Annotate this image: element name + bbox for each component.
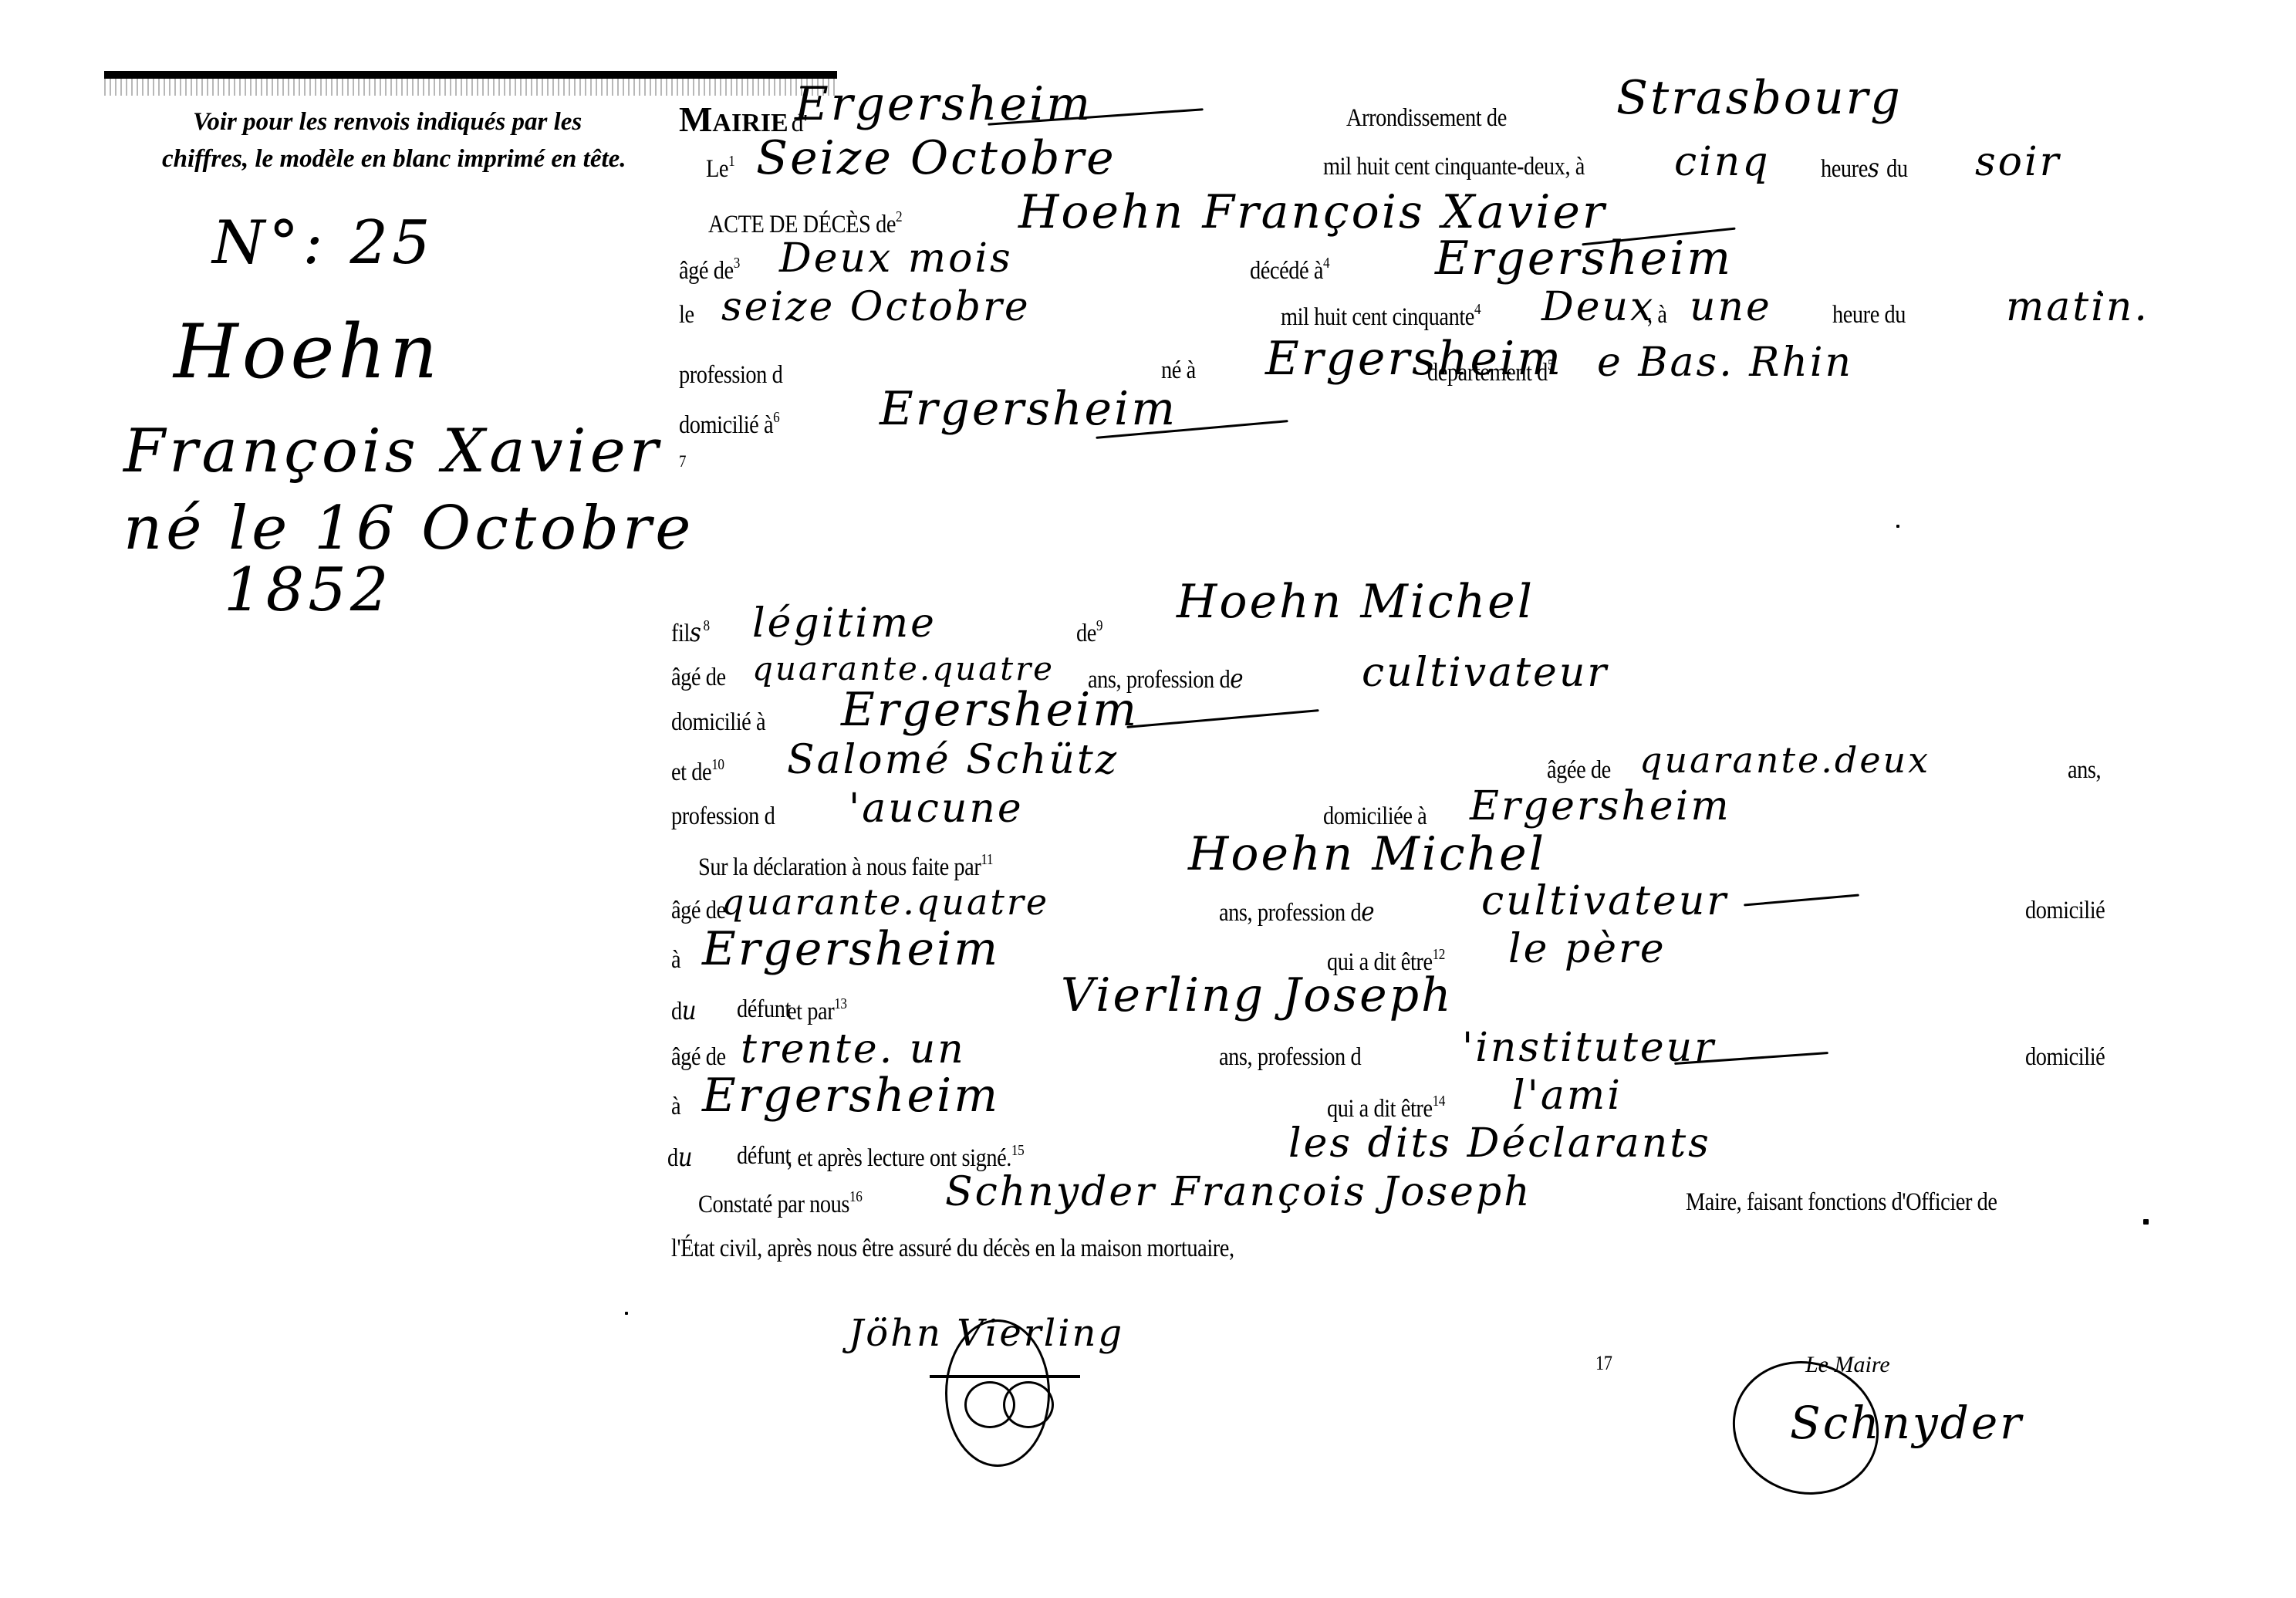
domicile-label: domicilié à6	[679, 409, 779, 440]
maire-fonctions-label: Maire, faisant fonctions d'Officier de	[1686, 1188, 1997, 1217]
line1-le: Le1	[706, 153, 734, 184]
signed-by: les dits Déclarants	[1288, 1120, 1711, 1167]
footnote-7: 7	[679, 451, 686, 471]
witness-relation-label: qui a dit être14	[1327, 1093, 1445, 1123]
mairie-place: Ergersheim	[795, 77, 1092, 131]
mother-ans: ans,	[2068, 756, 2101, 785]
father-domicile: Ergersheim	[841, 683, 1139, 737]
father-domicile-label: domicilié à	[671, 708, 765, 737]
mother-et-de-label: et de10	[671, 756, 724, 787]
constate-label: Constaté par nous16	[698, 1188, 862, 1219]
death-place: Ergersheim	[1435, 231, 1733, 285]
record-hour: cinq	[1674, 139, 1771, 185]
et-par-label: et par13	[787, 995, 847, 1026]
death-year-hand: Deux	[1541, 284, 1655, 330]
record-date: Seize Octobre	[756, 131, 1116, 185]
line1-heure: heures du	[1821, 153, 1908, 184]
scan-speck	[1896, 525, 1899, 528]
defunt-word-2: défunt	[737, 1142, 791, 1171]
line4-heure-du: heure du	[1832, 301, 1906, 329]
mairie-cap: M	[679, 100, 712, 139]
witness-signature-strike	[930, 1375, 1080, 1378]
declarant-a-label: à	[671, 946, 680, 975]
father-de-label: de9	[1076, 617, 1102, 648]
margin-given-names: François Xavier	[123, 417, 662, 486]
declarant-name: Hoehn Michel	[1188, 827, 1546, 881]
mayor-signature: Schnyder	[1790, 1397, 2024, 1449]
fils-label: fils8	[671, 617, 710, 648]
mother-profession: 'aucune	[849, 785, 1024, 832]
scan-edge-bar	[104, 71, 837, 79]
witness-age-label: âgé de	[671, 1043, 726, 1072]
margin-year: 1852	[224, 556, 393, 625]
declarant-profession-label: ans, profession de	[1219, 897, 1376, 927]
declarant-profession: cultivateur	[1481, 878, 1728, 924]
scan-speck	[2100, 293, 2103, 296]
margin-surname: Hoehn	[174, 309, 441, 395]
witness-name: Vierling Joseph	[1061, 968, 1454, 1022]
born-label: né à	[1161, 356, 1196, 385]
acte-label: ACTE DE DÉCÈS de2	[708, 208, 902, 239]
line4-a: , à	[1647, 301, 1667, 329]
declarant-domicile: Ergersheim	[702, 922, 1000, 976]
witness-domicilie-label: domicilié	[2025, 1043, 2105, 1072]
scan-edge-noise	[104, 79, 837, 96]
witness-age: trente. un	[741, 1026, 966, 1073]
declarant-age: quarante.quatre	[721, 881, 1049, 923]
deceased-age: Deux mois	[779, 235, 1013, 282]
witness-relation: l'ami	[1512, 1073, 1622, 1119]
department-value: e Bas. Rhin	[1597, 340, 1853, 386]
father-age: quarante.quatre	[752, 650, 1055, 688]
age-label: âgé de3	[679, 255, 740, 285]
father-age-label: âgé de	[671, 664, 726, 692]
declarant-domicilie-label: domicilié	[2025, 897, 2105, 925]
line4-year-text: mil huit cent cinquante4	[1281, 301, 1481, 332]
death-date: seize Octobre	[721, 284, 1031, 330]
profession-label: profession d	[679, 361, 782, 390]
mother-age: quarante.deux	[1639, 739, 1930, 781]
deceased-at-label: décédé à4	[1250, 255, 1329, 285]
line4-le: le	[679, 301, 694, 329]
record-period: soir	[1975, 139, 2061, 185]
mother-name: Salomé Schütz	[787, 737, 1119, 783]
declarant-age-label: âgé de	[671, 897, 726, 925]
line1-year-text: mil huit cent cinquante-deux, à	[1323, 153, 1585, 181]
witness-a-label: à	[671, 1093, 680, 1121]
etat-civil-label: l'État civil, après nous être assuré du …	[671, 1235, 1234, 1263]
death-hour: une	[1690, 284, 1772, 330]
defunt-label-1: du	[671, 995, 698, 1026]
father-name: Hoehn Michel	[1177, 575, 1535, 629]
record-number: N°: 25	[212, 208, 434, 278]
margin-note-line2: chiffres, le modèle en blanc imprimé en …	[162, 145, 626, 174]
defunt-label-2: du	[667, 1142, 694, 1173]
arrondissement-label: Arrondissement de	[1346, 104, 1507, 133]
footnote-17: 17	[1595, 1352, 1612, 1375]
witness-signature-loop-small	[1003, 1381, 1054, 1428]
department-label: département d5	[1427, 356, 1554, 387]
official-name: Schnyder François Joseph	[945, 1169, 1532, 1215]
death-period: matin.	[2006, 284, 2149, 330]
declaration-label: Sur la déclaration à nous faite par11	[698, 851, 993, 882]
mother-profession-label: profession d	[671, 802, 775, 831]
margin-note-line1: Voir pour les renvois indiqués par les	[193, 108, 582, 137]
arrondissement-value: Strasbourg	[1616, 71, 1903, 125]
witness-domicile: Ergersheim	[702, 1069, 1000, 1123]
flourish	[1744, 894, 1859, 906]
margin-born-date: né le 16 Octobre	[123, 494, 694, 563]
flourish	[1126, 709, 1319, 728]
scan-speck	[2143, 1219, 2149, 1225]
witness-profession-label: ans, profession d	[1219, 1043, 1361, 1072]
legitimacy: légitime	[752, 600, 937, 647]
defunt-word-1: défunt	[737, 995, 791, 1024]
domicile-place: Ergersheim	[880, 382, 1177, 436]
declarant-relation: le père	[1508, 926, 1666, 972]
scan-speck	[625, 1312, 628, 1315]
mother-age-label: âgée de	[1547, 756, 1611, 785]
father-profession: cultivateur	[1362, 650, 1609, 696]
lecture-signe-label: , et après lecture ont signé.15	[787, 1142, 1024, 1173]
mother-domicile: Ergersheim	[1470, 783, 1731, 829]
